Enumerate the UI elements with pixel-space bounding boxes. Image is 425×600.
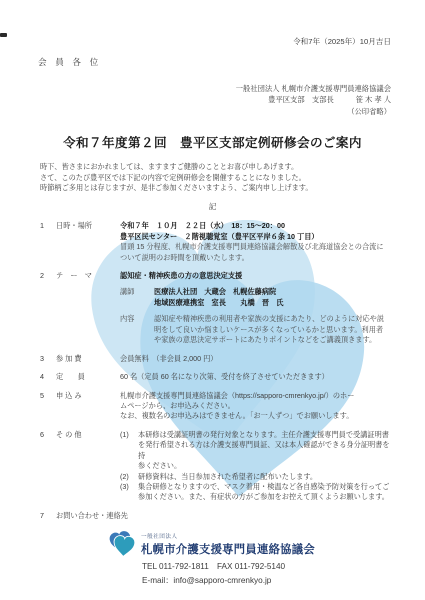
apply-line-3: なお、複数名のお申込みはできません。「お一人ずつ」でお願いします。	[120, 411, 395, 421]
other-body: (1) 本研修は受講証明書の発行対象となります。主任介護支援専門員で受講証明書 …	[120, 430, 395, 503]
apply-body: 札幌市介護支援専門員連絡協議会（https://sapporo-cmrenkyo…	[120, 391, 395, 422]
content-label: 内容	[120, 314, 154, 345]
greeting-line-2: さて、このたび豊平区では下記の内容で定例研修会を開催することになりました。	[40, 173, 425, 184]
sender-block: 一般社団法人 札幌市介護支援専門員連絡協議会 豊平区支部 支部長 笹 木 孝 人…	[0, 83, 391, 117]
content-line-2: 明をして良いか悩ましいケースが多くなっているかと思います。利用者	[154, 325, 395, 335]
other-subitem-3: (3) 集合研修となりますので、マスク着用・検温など各自感染予防対策を行ってご …	[120, 482, 395, 503]
greeting-line-1: 時下、皆さまにおかれましては、ますますご健勝のこととお喜び申しあげます。	[40, 162, 425, 173]
document-date: 令和7年（2025年）10月吉日	[0, 0, 425, 47]
org-logo-text: 一般社団法人 札幌市介護支援専門員連絡協議会	[141, 532, 315, 557]
subitem-lines: 集合研修となりますので、マスク着用・検温など各自感染予防対策を行ってご 参加くだ…	[138, 482, 395, 503]
contact-footer: 一般社団法人 札幌市介護支援専門員連絡協議会 TEL 011-792-1811 …	[108, 531, 425, 586]
item-number: 4	[40, 372, 56, 382]
subitem-number: (2)	[120, 472, 138, 482]
content-line-3: や家族の意思決定サポートにあたりポイントなどをご講義頂きます。	[154, 335, 395, 345]
lecturer-line-1: 医療法人社団 大蔵会 札幌佐藤病院	[154, 287, 395, 297]
contact-label: お問い合わせ・連絡先	[56, 511, 128, 521]
theme-title: 認知症・精神疾患の方の意思決定支援	[120, 271, 395, 281]
greeting-line-3: 時節柄ご多用とは存じますが、是非ご参加くださいますよう、ご案内申し上げます。	[40, 183, 425, 194]
email-line: E-mail：info@sapporo-cmrenkyo.jp	[142, 575, 425, 586]
content-body: 認知症や精神疾患の利用者や家族の支援にあたり、どのように対応や説 明をして良いか…	[154, 314, 395, 345]
lecturer-label: 講師	[120, 287, 154, 308]
subitem-lines: 本研修は受講証明書の発行対象となります。主任介護支援専門員で受講証明書 を発行希…	[138, 430, 395, 472]
sender-title-name: 豊平区支部 支部長 笹 木 孝 人	[0, 94, 391, 105]
item-other: 6 そ の 他 (1) 本研修は受講証明書の発行対象となります。主任介護支援専門…	[40, 430, 395, 503]
capacity-text: 60 名（定員 60 名になり次第、受付を終了させていただきます）	[120, 372, 395, 382]
item-body: 認知症・精神疾患の方の意思決定支援 講師 医療法人社団 大蔵会 札幌佐藤病院 地…	[120, 271, 395, 346]
scan-artifact	[0, 33, 7, 37]
addressee: 会 員 各 位	[38, 56, 425, 68]
item-label: 定 員	[56, 372, 120, 382]
other-subitem-1: (1) 本研修は受講証明書の発行対象となります。主任介護支援専門員で受講証明書 …	[120, 430, 395, 472]
item-datetime: 1 日時・場所 令和７年 １０月 ２２日（水） 18：15～20：00 豊平区民…	[40, 221, 395, 263]
item-label: テ ー マ	[56, 271, 120, 346]
item-contact: 7 お問い合わせ・連絡先	[40, 511, 395, 521]
item-number: 5	[40, 391, 56, 422]
item-label: そ の 他	[56, 430, 120, 503]
subitem-number: (1)	[120, 430, 138, 472]
datetime-note-2: ついて説明のお時間を頂戴いたします。	[120, 253, 395, 263]
item-theme: 2 テ ー マ 認知症・精神疾患の方の意思決定支援 講師 医療法人社団 大蔵会 …	[40, 271, 395, 346]
lecturer-block: 講師 医療法人社団 大蔵会 札幌佐藤病院 地域医療連携室 室長 丸橋 晋 氏	[120, 287, 395, 308]
association-hearts-logo-icon	[108, 531, 136, 557]
item-label: 参 加 費	[56, 354, 120, 364]
item-list: 1 日時・場所 令和７年 １０月 ２２日（水） 18：15～20：00 豊平区民…	[40, 221, 395, 521]
subitem-lines: 研修資料は、当日参加された希望者に配布いたします。	[138, 472, 395, 482]
item-number: 7	[40, 511, 56, 521]
datetime-line: 令和７年 １０月 ２２日（水） 18：15～20：00	[120, 221, 395, 231]
tel-fax-line: TEL 011-792-1811 FAX 011-792-5140	[142, 561, 425, 572]
item-label: 日時・場所	[56, 221, 120, 263]
other-2-line-1: 研修資料は、当日参加された希望者に配布いたします。	[138, 472, 395, 482]
item-number: 6	[40, 430, 56, 503]
item-number: 1	[40, 221, 56, 263]
lecturer-body: 医療法人社団 大蔵会 札幌佐藤病院 地域医療連携室 室長 丸橋 晋 氏	[154, 287, 395, 308]
item-body: 令和７年 １０月 ２２日（水） 18：15～20：00 豊平区民センター ２階視…	[120, 221, 395, 263]
datetime-note-1: 冒頭 15 分程度、札幌市介護支援専門員連絡協議会解散及び北海道協会との合流に	[120, 242, 395, 252]
greeting-paragraph: 時下、皆さまにおかれましては、ますますご健勝のこととお喜び申しあげます。 さて、…	[40, 162, 425, 194]
other-1-line-3: 参ください。	[138, 461, 395, 471]
document-page: 令和7年（2025年）10月吉日 会 員 各 位 一般社団法人 札幌市介護支援専…	[0, 0, 425, 600]
item-label: 申 込 み	[56, 391, 120, 422]
record-mark: 記	[0, 201, 425, 212]
org-logo-row: 一般社団法人 札幌市介護支援専門員連絡協議会	[108, 531, 425, 557]
fee-text: 会員無料 （非会員 2,000 円）	[120, 354, 395, 364]
other-1-line-2: を発行希望される方は介護支援専門員証、又は本人確認ができる身分証明書を持	[138, 440, 395, 461]
venue-line: 豊平区民センター ２階視聴覚室（豊平区平岸６条 10 丁目）	[120, 232, 395, 242]
item-fee: 3 参 加 費 会員無料 （非会員 2,000 円）	[40, 354, 395, 364]
apply-line-1: 札幌市介護支援専門員連絡協議会（https://sapporo-cmrenkyo…	[120, 391, 395, 401]
other-3-line-2: 参加ください。また、有症状の方がご参加をお控えて頂くようお願いします。	[138, 492, 395, 502]
apply-line-2: ムページから、お申込みください。	[120, 401, 395, 411]
org-name: 札幌市介護支援専門員連絡協議会	[141, 541, 315, 557]
content-block: 内容 認知症や精神疾患の利用者や家族の支援にあたり、どのように対応や説 明をして…	[120, 314, 395, 345]
document-title: 令和７年度第２回 豊平区支部定例研修会のご案内	[0, 132, 425, 151]
item-number: 2	[40, 271, 56, 346]
content-line-1: 認知症や精神疾患の利用者や家族の支援にあたり、どのように対応や説	[154, 314, 395, 324]
other-subitem-2: (2) 研修資料は、当日参加された希望者に配布いたします。	[120, 472, 395, 482]
other-1-line-1: 本研修は受講証明書の発行対象となります。主任介護支援専門員で受講証明書	[138, 430, 395, 440]
item-apply: 5 申 込 み 札幌市介護支援専門員連絡協議会（https://sapporo-…	[40, 391, 395, 422]
org-type: 一般社団法人	[141, 532, 315, 540]
sender-org: 一般社団法人 札幌市介護支援専門員連絡協議会	[0, 83, 391, 94]
seal-note: （公印省略）	[0, 106, 391, 117]
subitem-number: (3)	[120, 482, 138, 503]
item-number: 3	[40, 354, 56, 364]
item-capacity: 4 定 員 60 名（定員 60 名になり次第、受付を終了させていただきます）	[40, 372, 395, 382]
other-3-line-1: 集合研修となりますので、マスク着用・検温など各自感染予防対策を行ってご	[138, 482, 395, 492]
lecturer-line-2: 地域医療連携室 室長 丸橋 晋 氏	[154, 298, 395, 308]
